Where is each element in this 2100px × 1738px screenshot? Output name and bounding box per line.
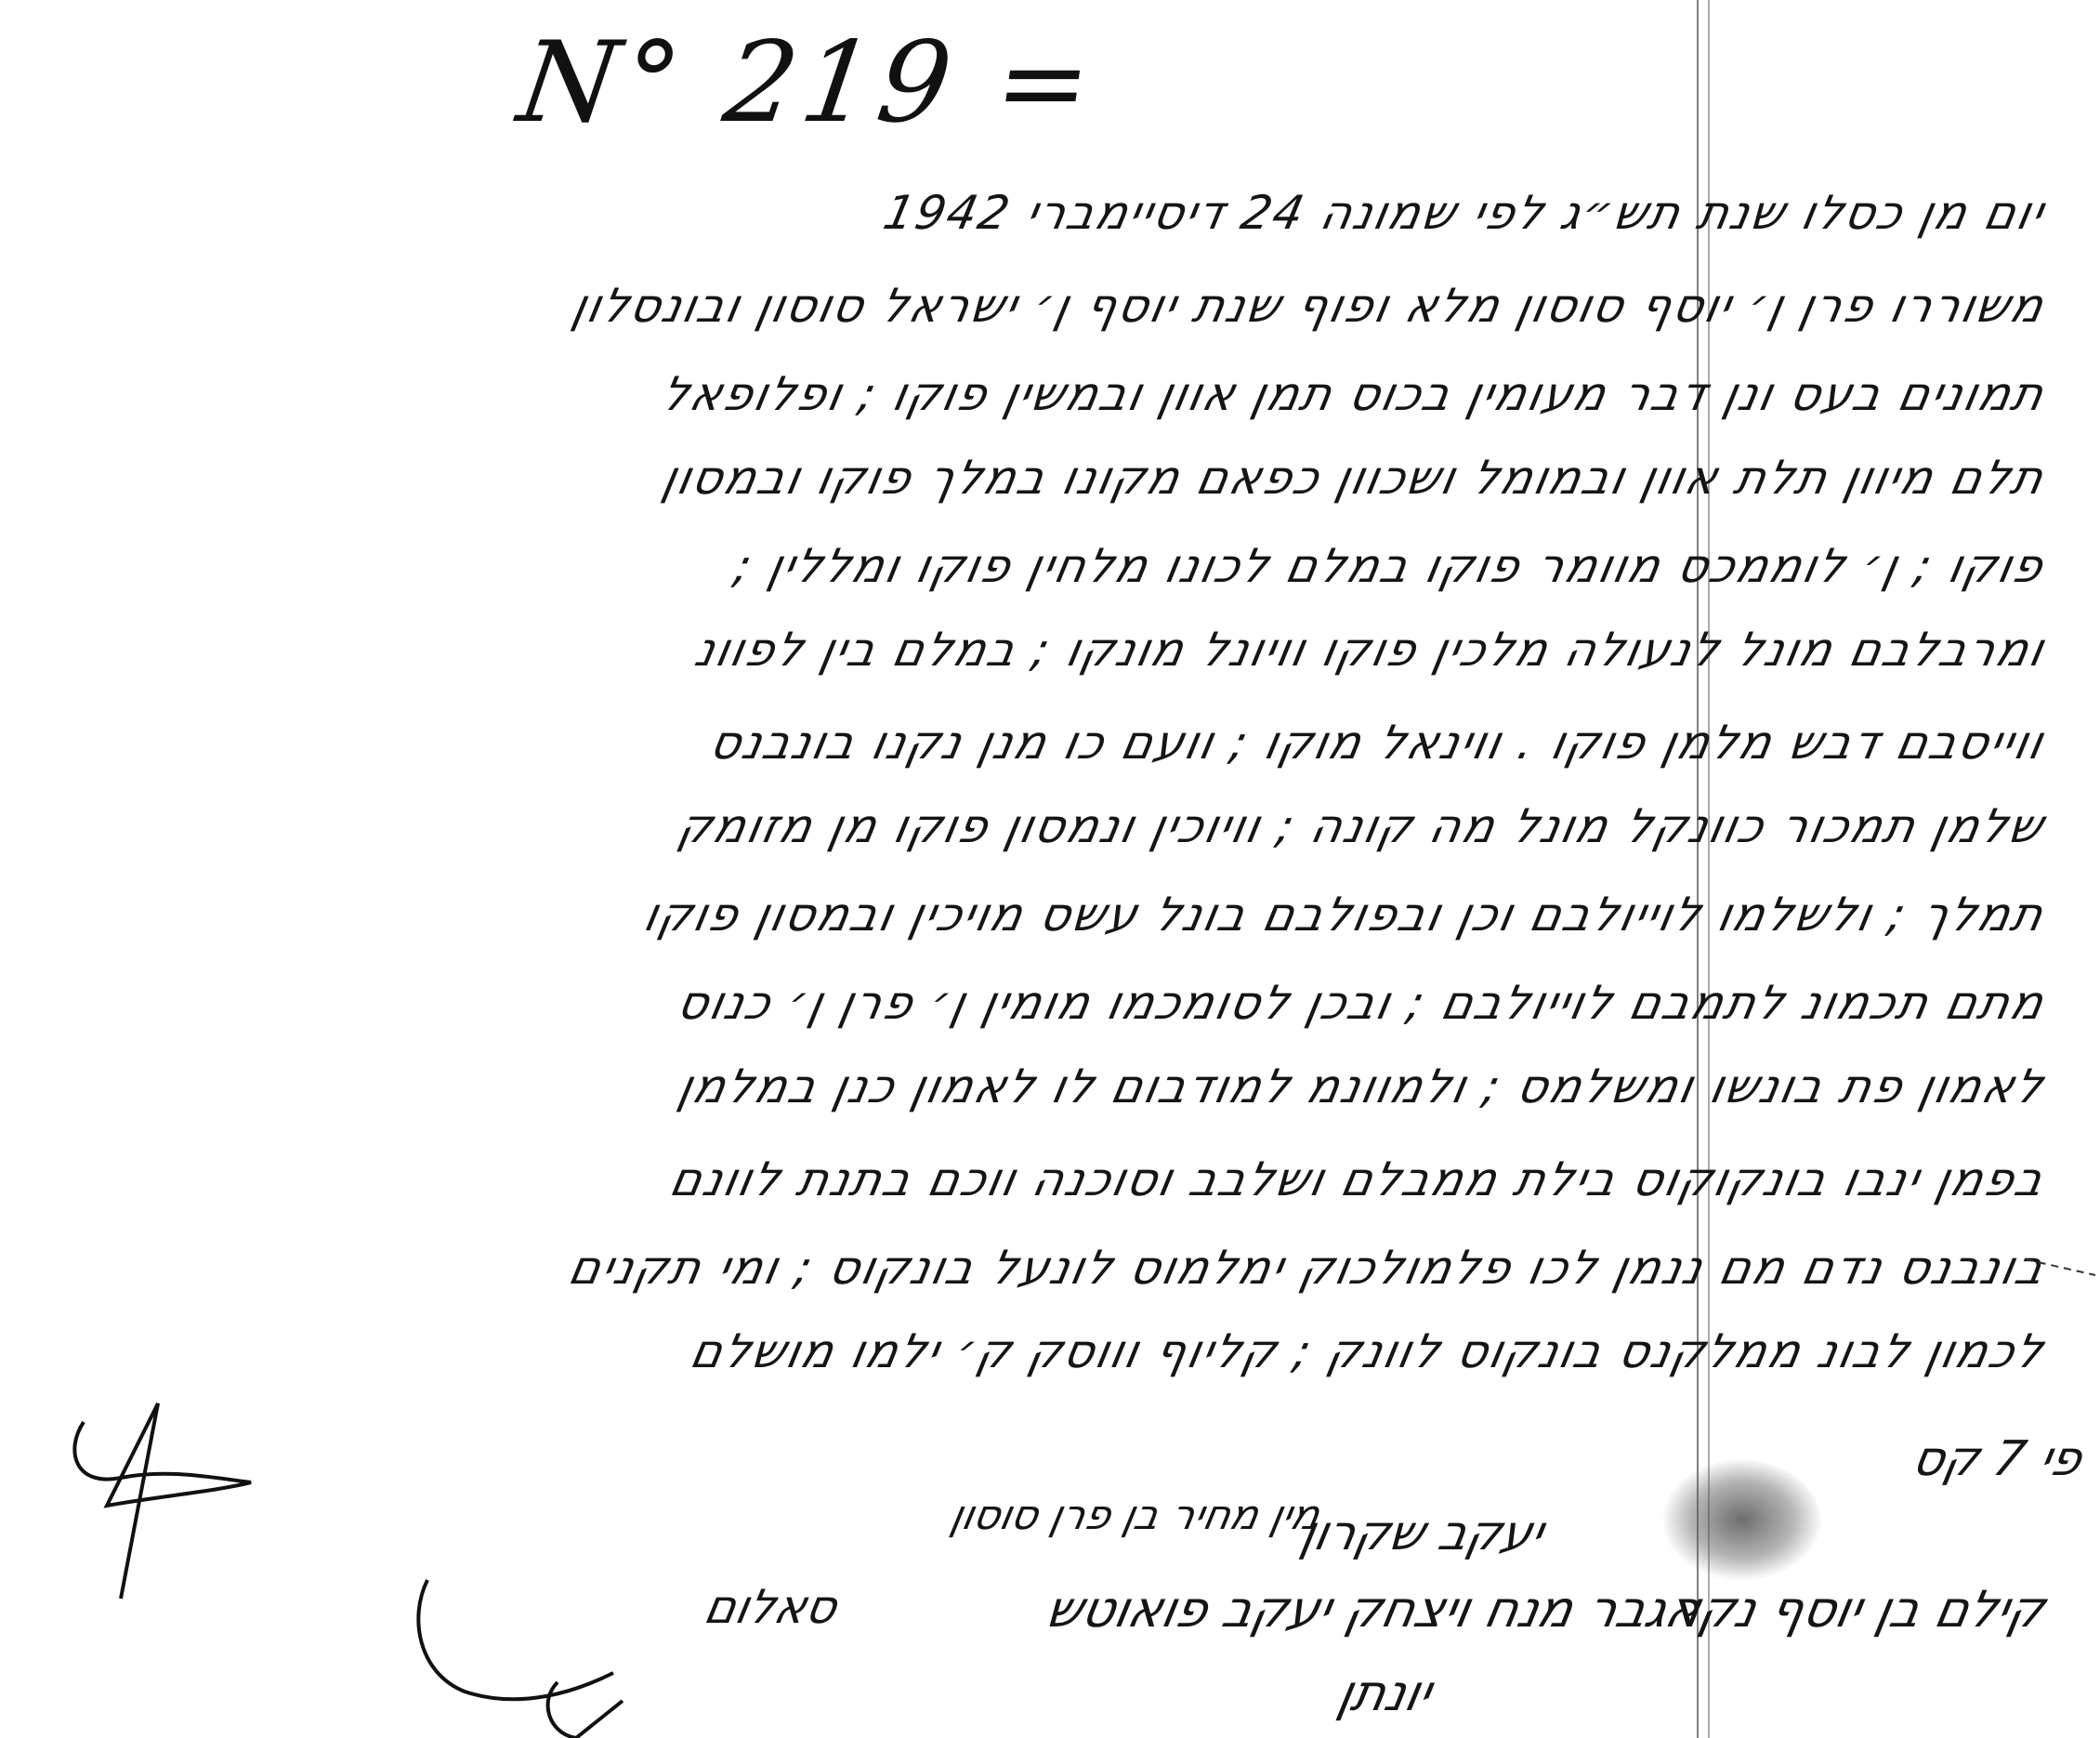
handwritten-line: מתם תכמונ לתמבם לוייולבם ; ובכן לסומכמו … [673, 976, 2051, 1030]
signature: סאלום [700, 1580, 842, 1634]
handwritten-line: בפמן ינבו בונקוקוס בילת ממבלם ושלבב וסוכ… [665, 1152, 2050, 1206]
handwritten-line: תמלך ; ולשלמו לוייולבם וכן ובפולבם בונל … [639, 888, 2050, 941]
signature-flourish-center [409, 1561, 650, 1738]
handwritten-line: יום מן כסלו שנת תש״ג לפי שמונה 24 דיסיימ… [879, 186, 2050, 240]
margin-dash-mark [2026, 1255, 2100, 1283]
handwritten-line: משוררו פרן ן׳ יוסף סוסון מלא ופוף שנת יו… [568, 279, 2051, 333]
handwritten-line: פוקו ; ן׳ לוממכס מוומר פוקו במלם לכונו מ… [729, 539, 2050, 593]
signature-flourish-left [56, 1366, 297, 1617]
signature: אגבר מנח ויצחק יעקב פואוטש [1042, 1580, 1707, 1639]
scanned-letter-page: N° 219 = יום מן כסלו שנת תש״ג לפי שמונה … [0, 0, 2100, 1738]
handwritten-line: בונבנס נדם מם ננמן לכו פלמולכוק ימלמוס ל… [563, 1241, 2050, 1295]
handwritten-line: לאמון פת בונשו ומשלמס ; ולמוונמ למודבום … [674, 1060, 2050, 1113]
handwritten-line: תלם מיוון תלת אוון ובמומל ושכוון כפאם מק… [658, 451, 2050, 505]
handwritten-line: ווייסבם דבש מלמן פוקו . ווינאל מוקו ; וו… [705, 716, 2050, 770]
signature: יונתן [1333, 1664, 1437, 1722]
signature: פי 7 קס [1908, 1431, 2088, 1487]
ink-stain [1663, 1459, 1821, 1580]
handwritten-line: תמונים בעס ונן דבר מעומין בכוס תמן אוון … [657, 367, 2051, 421]
signature: מין מחיר בן פרן סוסון [947, 1492, 1325, 1539]
document-number: N° 219 = [511, 19, 1104, 148]
handwritten-line: שלמן תמכור כוונקל מונל מה קונה ; וויוכין… [674, 799, 2050, 853]
handwritten-line: לכמון לבונ ממלקנס בונקוס לוונק ; קליוף ו… [686, 1324, 2050, 1378]
signature: קילם בן יוסף נקר [1665, 1580, 2051, 1639]
signature: יעקב שקרון [1296, 1506, 1549, 1561]
handwritten-line: ומרבלבם מונל לנעולה מלכין פוקו וויונל מו… [690, 623, 2051, 677]
